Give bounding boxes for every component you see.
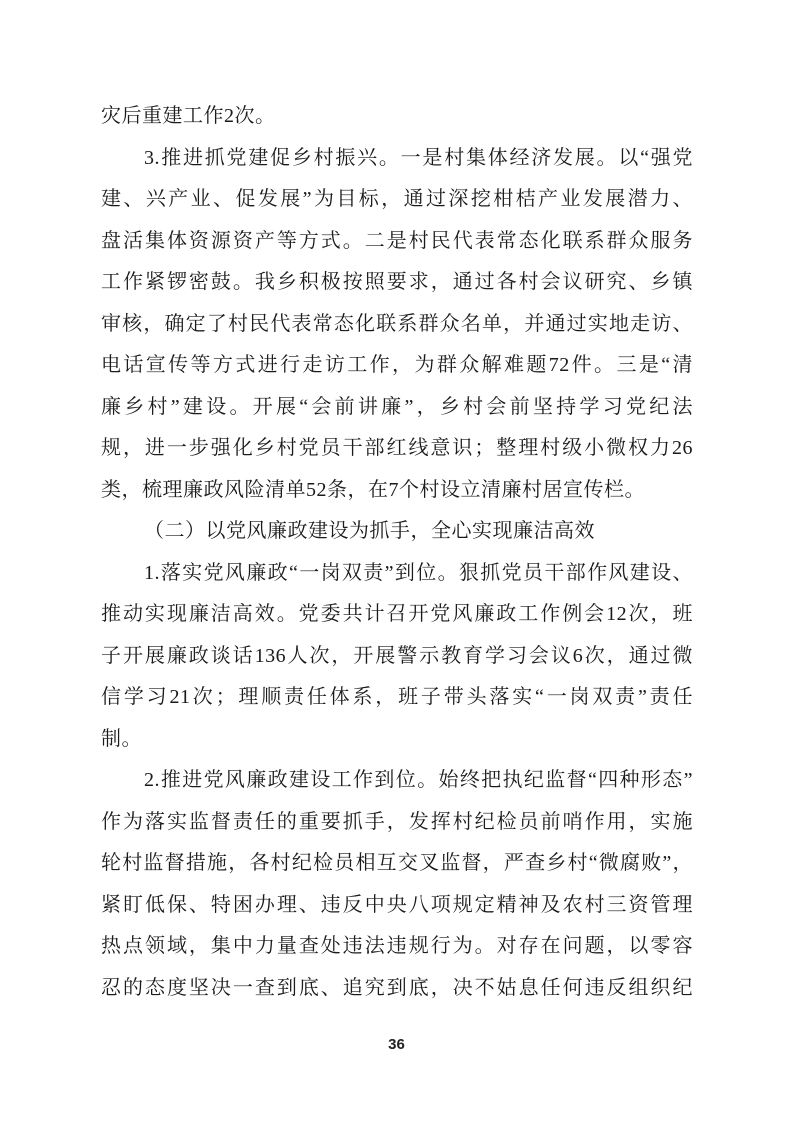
text-line-2: 3.推进抓党建促乡村振兴。一是村集体经济发展。以“强党 <box>101 138 693 180</box>
text-line-6: 审核，确定了村民代表常态化联系群众名单，并通过实地走访、 <box>101 304 693 346</box>
document-page: 灾后重建工作2次。3.推进抓党建促乡村振兴。一是村集体经济发展。以“强党建、兴产… <box>0 0 793 1122</box>
text-line-4: 盘活集体资源资产等方式。二是村民代表常态化联系群众服务 <box>101 221 693 263</box>
text-line-17: 2.推进党风廉政建设工作到位。始终把执纪监督“四种形态” <box>101 760 693 802</box>
text-line-11: （二）以党风廉政建设为抓手，全心实现廉洁高效 <box>101 511 693 553</box>
text-line-16: 制。 <box>101 719 693 761</box>
page-number: 36 <box>0 1036 793 1053</box>
text-line-3: 建、兴产业、促发展”为目标，通过深挖柑桔产业发展潜力、 <box>101 179 693 221</box>
text-line-19: 轮村监督措施，各村纪检员相互交叉监督，严查乡村“微腐败”， <box>101 843 693 885</box>
document-text-body: 灾后重建工作2次。3.推进抓党建促乡村振兴。一是村集体经济发展。以“强党建、兴产… <box>101 96 693 1009</box>
text-line-7: 电话宣传等方式进行走访工作，为群众解难题72件。三是“清 <box>101 345 693 387</box>
text-line-22: 忍的态度坚决一查到底、追究到底，决不姑息任何违反组织纪 <box>101 968 693 1010</box>
text-line-5: 工作紧锣密鼓。我乡积极按照要求，通过各村会议研究、乡镇 <box>101 262 693 304</box>
text-line-1: 灾后重建工作2次。 <box>101 96 693 138</box>
text-line-15: 信学习21次；理顺责任体系，班子带头落实“一岗双责”责任 <box>101 677 693 719</box>
text-line-10: 类，梳理廉政风险清单52条，在7个村设立清廉村居宣传栏。 <box>101 470 693 512</box>
text-line-18: 作为落实监督责任的重要抓手，发挥村纪检员前哨作用，实施 <box>101 802 693 844</box>
text-line-12: 1.落实党风廉政“一岗双责”到位。狠抓党员干部作风建设、 <box>101 553 693 595</box>
text-line-13: 推动实现廉洁高效。党委共计召开党风廉政工作例会12次，班 <box>101 594 693 636</box>
text-line-14: 子开展廉政谈话136人次，开展警示教育学习会议6次，通过微 <box>101 636 693 678</box>
text-line-8: 廉乡村”建设。开展“会前讲廉”，乡村会前坚持学习党纪法 <box>101 387 693 429</box>
text-line-20: 紧盯低保、特困办理、违反中央八项规定精神及农村三资管理 <box>101 885 693 927</box>
text-line-21: 热点领域，集中力量查处违法违规行为。对存在问题，以零容 <box>101 926 693 968</box>
text-line-9: 规，进一步强化乡村党员干部红线意识；整理村级小微权力26 <box>101 428 693 470</box>
